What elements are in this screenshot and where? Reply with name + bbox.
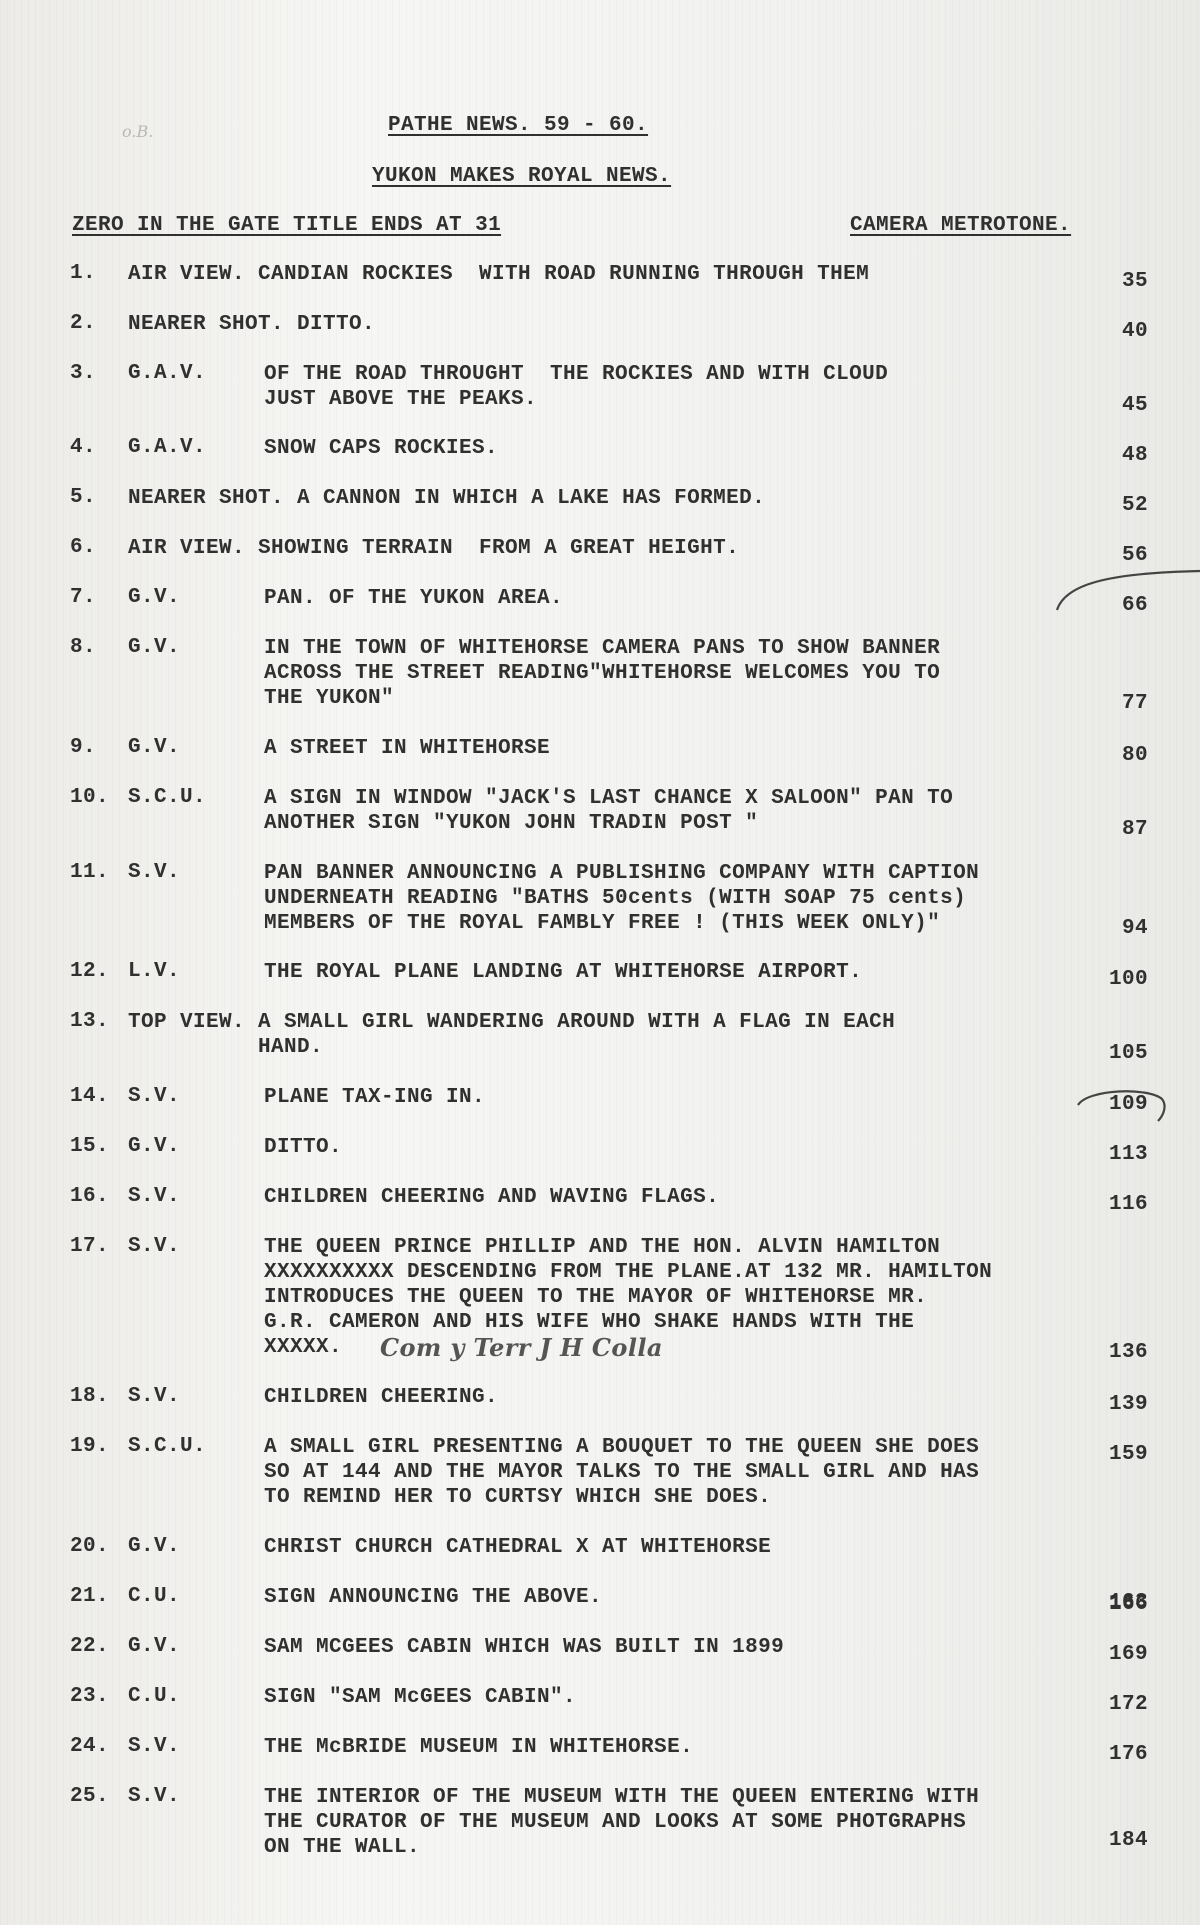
shot-type: S.V.	[128, 1385, 180, 1408]
shot-type: S.V.	[128, 1085, 180, 1108]
footage-count: 169	[1109, 1643, 1148, 1666]
shot-number: 6.	[70, 536, 96, 559]
shot-description: DITTO.	[264, 1135, 1114, 1160]
shot-number: 25.	[70, 1785, 109, 1808]
shot-number: 24.	[70, 1735, 109, 1758]
shot-description: TOP VIEW. A SMALL GIRL WANDERING AROUND …	[128, 1010, 978, 1060]
shot-description: A STREET IN WHITEHORSE	[264, 736, 1114, 761]
footage-count: 116	[1109, 1193, 1148, 1216]
footage-count: 184	[1109, 1829, 1148, 1852]
shot-number: 9.	[70, 736, 96, 759]
shot-number: 20.	[70, 1535, 109, 1558]
footage-count: 77	[1122, 692, 1148, 715]
footage-count: 80	[1122, 744, 1148, 767]
footage-count: 45	[1122, 394, 1148, 417]
shot-description: NEARER SHOT. A CANNON IN WHICH A LAKE HA…	[128, 486, 978, 511]
shot-number: 5.	[70, 486, 96, 509]
footage-count: 172	[1109, 1693, 1148, 1716]
header-zero-gate: ZERO IN THE GATE TITLE ENDS AT 31	[72, 214, 501, 237]
shot-description: SAM MCGEES CABIN WHICH WAS BUILT IN 1899	[264, 1635, 1114, 1660]
shot-description: PAN. OF THE YUKON AREA.	[264, 586, 1114, 611]
shot-type: G.V.	[128, 636, 180, 659]
shot-number: 21.	[70, 1585, 109, 1608]
shot-type: S.V.	[128, 1735, 180, 1758]
footage-count: 136	[1109, 1341, 1148, 1364]
shot-description: SIGN ANNOUNCING THE ABOVE.	[264, 1585, 1114, 1610]
header-camera: CAMERA METROTONE.	[850, 214, 1071, 237]
footage-count: 35	[1122, 270, 1148, 293]
shot-number: 11.	[70, 861, 109, 884]
footage-count: 48	[1122, 444, 1148, 467]
shot-type: S.C.U.	[128, 1435, 206, 1458]
shot-number: 15.	[70, 1135, 109, 1158]
shot-type: S.V.	[128, 1785, 180, 1808]
shot-type: G.V.	[128, 1135, 180, 1158]
footage-count: 52	[1122, 494, 1148, 517]
footage-count: 105	[1109, 1042, 1148, 1065]
shot-description: PLANE TAX-ING IN.	[264, 1085, 1114, 1110]
footage-count: 176	[1109, 1743, 1148, 1766]
shot-number: 3.	[70, 362, 96, 385]
shot-description: THE ROYAL PLANE LANDING AT WHITEHORSE AI…	[264, 960, 1114, 985]
shot-number: 12.	[70, 960, 109, 983]
document-page: o.B. PATHE NEWS. 59 - 60. YUKON MAKES RO…	[0, 0, 1200, 1925]
shot-type: S.V.	[128, 861, 180, 884]
footage-count: 87	[1122, 818, 1148, 841]
shot-description: SNOW CAPS ROCKIES.	[264, 436, 1114, 461]
shot-number: 17.	[70, 1235, 109, 1258]
document-subtitle: YUKON MAKES ROYAL NEWS.	[372, 165, 671, 188]
shot-number: 8.	[70, 636, 96, 659]
shot-number: 16.	[70, 1185, 109, 1208]
pencil-arc-icon	[1045, 565, 1200, 615]
shot-number: 7.	[70, 586, 96, 609]
shot-number: 13.	[70, 1010, 109, 1033]
handwritten-annotation: Com y Terr J H Colla	[380, 1333, 663, 1362]
shot-description: THE McBRIDE MUSEUM IN WHITEHORSE.	[264, 1735, 1114, 1760]
shot-type: S.C.U.	[128, 786, 206, 809]
shot-type: G.A.V.	[128, 362, 206, 385]
shot-type: C.U.	[128, 1685, 180, 1708]
shot-type: S.V.	[128, 1235, 180, 1258]
shot-description: CHILDREN CHEERING.	[264, 1385, 1114, 1410]
shot-type: G.V.	[128, 1535, 180, 1558]
shot-description: A SMALL GIRL PRESENTING A BOUQUET TO THE…	[264, 1435, 1114, 1510]
shot-description: OF THE ROAD THROUGHT THE ROCKIES AND WIT…	[264, 362, 1114, 412]
shot-number: 18.	[70, 1385, 109, 1408]
shot-number: 10.	[70, 786, 109, 809]
shot-number: 19.	[70, 1435, 109, 1458]
shot-number: 14.	[70, 1085, 109, 1108]
shot-description: NEARER SHOT. DITTO.	[128, 312, 978, 337]
footage-count: 166	[1109, 1593, 1148, 1616]
shot-description: CHRIST CHURCH CATHEDRAL X AT WHITEHORSE	[264, 1535, 1114, 1560]
shot-type: L.V.	[128, 960, 180, 983]
shot-description: A SIGN IN WINDOW "JACK'S LAST CHANCE X S…	[264, 786, 1114, 836]
shot-type: G.V.	[128, 586, 180, 609]
margin-pencil-note: o.B.	[122, 122, 153, 141]
shot-number: 22.	[70, 1635, 109, 1658]
footage-count: 100	[1109, 968, 1148, 991]
shot-type: G.V.	[128, 1635, 180, 1658]
shot-type: S.V.	[128, 1185, 180, 1208]
shot-type: G.A.V.	[128, 436, 206, 459]
shot-number: 1.	[70, 262, 96, 285]
shot-number: 2.	[70, 312, 96, 335]
shot-description: IN THE TOWN OF WHITEHORSE CAMERA PANS TO…	[264, 636, 1114, 711]
pencil-circle-icon	[1058, 1085, 1168, 1125]
shot-description: THE INTERIOR OF THE MUSEUM WITH THE QUEE…	[264, 1785, 1114, 1860]
footage-count: 94	[1122, 917, 1148, 940]
shot-description: SIGN "SAM McGEES CABIN".	[264, 1685, 1114, 1710]
footage-count: 113	[1109, 1143, 1148, 1166]
footage-count: 40	[1122, 320, 1148, 343]
shot-number: 23.	[70, 1685, 109, 1708]
shot-type: C.U.	[128, 1585, 180, 1608]
shot-description: AIR VIEW. SHOWING TERRAIN FROM A GREAT H…	[128, 536, 978, 561]
shot-description: AIR VIEW. CANDIAN ROCKIES WITH ROAD RUNN…	[128, 262, 978, 287]
shot-description: PAN BANNER ANNOUNCING A PUBLISHING COMPA…	[264, 861, 1114, 936]
footage-count: 139	[1109, 1393, 1148, 1416]
footage-count: 56	[1122, 544, 1148, 567]
shot-number: 4.	[70, 436, 96, 459]
shot-description: CHILDREN CHEERING AND WAVING FLAGS.	[264, 1185, 1114, 1210]
document-title: PATHE NEWS. 59 - 60.	[388, 114, 648, 137]
shot-type: G.V.	[128, 736, 180, 759]
footage-count: 159	[1109, 1443, 1148, 1466]
